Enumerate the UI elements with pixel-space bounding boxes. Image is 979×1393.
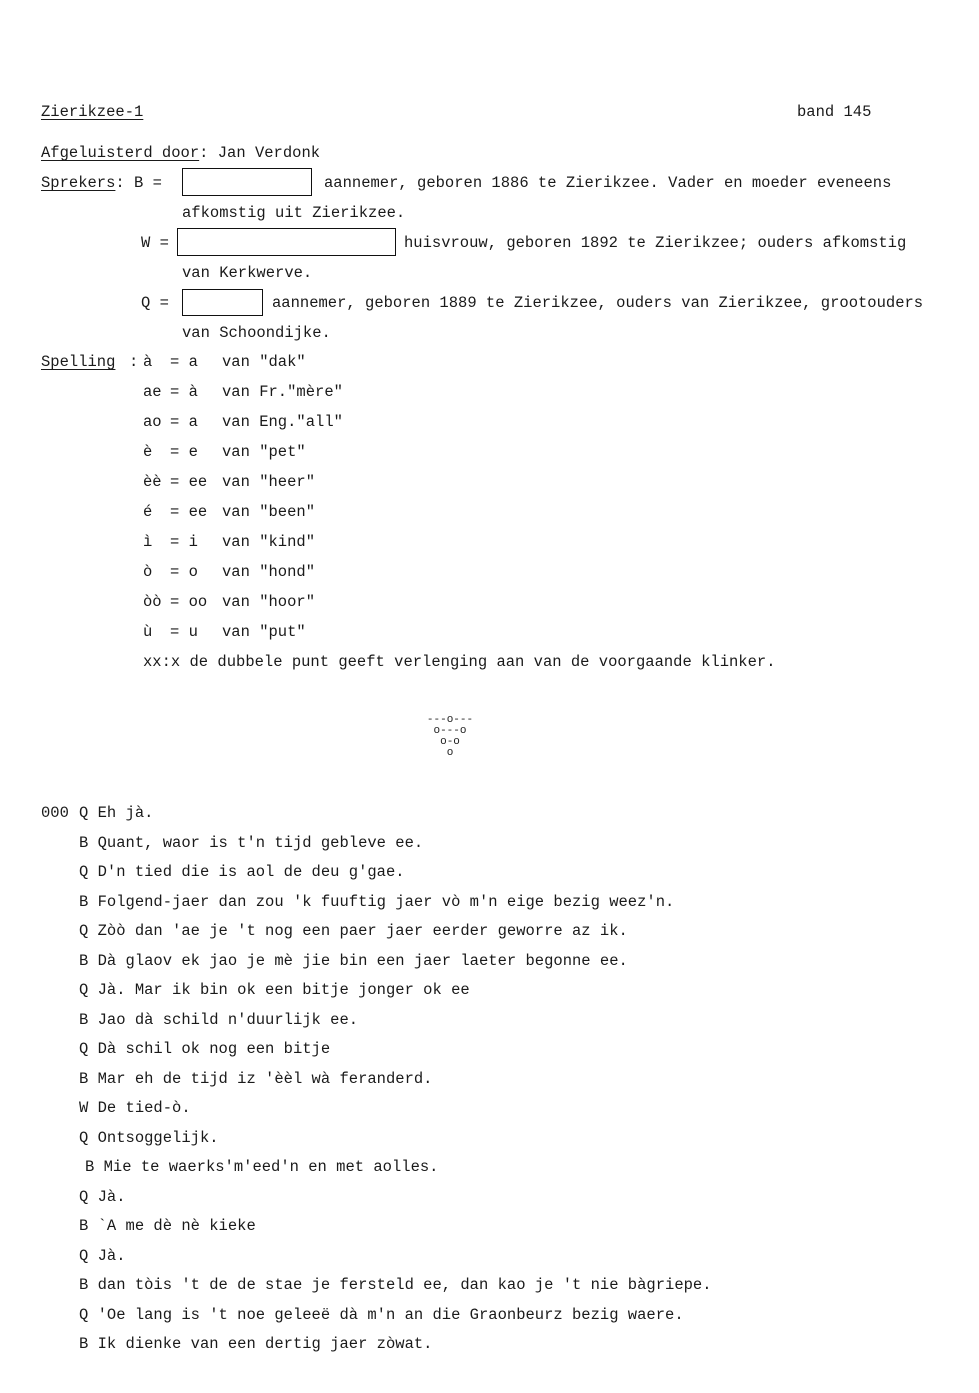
spelling-ex: van "hond" (222, 562, 315, 582)
speaker-q-desc-cont: van Schoondijke. (182, 323, 331, 343)
spelling-eq: = ee (170, 472, 207, 492)
spelling-eq: = ee (170, 502, 207, 522)
spelling-eq: = u (170, 622, 198, 642)
spelling-ex: van "pet" (222, 442, 306, 462)
speaker-code: B (79, 1217, 88, 1235)
transcript-line: B Dà glaov ek jao je mè jie bin een jaer… (79, 951, 628, 971)
transcript-line: B Mie te waerks'm'eed'n en met aolles. (85, 1157, 438, 1177)
spelling-sym: ae (143, 382, 162, 402)
speaker-code: Q (79, 922, 88, 940)
speaker-code: Q (79, 804, 88, 822)
speaker-code: W (79, 1099, 88, 1117)
spelling-ex: van "hoor" (222, 592, 315, 612)
speaker-code: Q (79, 863, 88, 881)
spelling-ex: van Eng."all" (222, 412, 343, 432)
spelling-eq: = oo (170, 592, 207, 612)
transcript-line: B Ik dienke van een dertig jaer zòwat. (79, 1334, 432, 1354)
redacted-name-box-b (182, 168, 312, 196)
transcript-line: Q 'Oe lang is 't noe geleeë dà m'n an di… (79, 1305, 684, 1325)
utterance-text: Mie te waerks'm'eed'n en met aolles. (104, 1158, 439, 1176)
utterance-text: `A me dè nè kieke (98, 1217, 256, 1235)
spelling-ex: van "dak" (222, 352, 306, 372)
utterance-text: De tied-ò. (98, 1099, 191, 1117)
utterance-text: Ontsoggelijk. (98, 1129, 219, 1147)
speaker-code: Q (79, 1188, 88, 1206)
utterance-text: Jao dà schild n'duurlijk ee. (98, 1011, 358, 1029)
tape-counter: 000 (41, 803, 69, 823)
speaker-code-b: B = (134, 174, 162, 192)
utterance-text: Jà. (98, 1247, 126, 1265)
spelling-sym: èè (143, 472, 162, 492)
utterance-text: 'Oe lang is 't noe geleeë dà m'n an die … (98, 1306, 684, 1324)
spelling-note: xx:x de dubbele punt geeft verlenging aa… (143, 652, 776, 672)
utterance-text: D'n tied die is aol de deu g'gae. (98, 863, 405, 881)
spelling-label: Spelling (41, 352, 115, 372)
section-divider-ornament: ---o--- o---o o-o o (420, 715, 480, 765)
speaker-code: B (85, 1158, 94, 1176)
utterance-text: Dà schil ok nog een bitje (98, 1040, 331, 1058)
speaker-code-w: W = (141, 233, 169, 253)
speakers-label: Sprekers (41, 174, 115, 192)
speaker-code: Q (79, 1129, 88, 1147)
redacted-name-box-w (177, 228, 396, 256)
spelling-ex: van "put" (222, 622, 306, 642)
speaker-code: B (79, 1011, 88, 1029)
redacted-name-box-q (182, 289, 263, 316)
transcript-line: W De tied-ò. (79, 1098, 191, 1118)
utterance-text: dan tòis 't de de stae je fersteld ee, d… (98, 1276, 712, 1294)
tape-number: band 145 (797, 102, 871, 122)
speaker-code: B (79, 952, 88, 970)
speakers-label-line: Sprekers: B = (41, 173, 162, 193)
spelling-eq: = e (170, 442, 198, 462)
speaker-code: B (79, 1070, 88, 1088)
utterance-text: Eh jà. (98, 804, 154, 822)
utterance-text: Quant, waor is t'n tijd gebleve ee. (98, 834, 424, 852)
transcript-line: B Folgend-jaer dan zou 'k fuuftig jaer v… (79, 892, 674, 912)
spelling-eq: = o (170, 562, 198, 582)
speaker-b-desc-cont: afkomstig uit Zierikzee. (182, 203, 405, 223)
spelling-sym: à (143, 352, 152, 372)
speaker-q-desc: aannemer, geboren 1889 te Zierikzee, oud… (272, 293, 923, 313)
spelling-sym: òò (143, 592, 162, 612)
spelling-sym: ò (143, 562, 152, 582)
spelling-eq: = a (170, 352, 198, 372)
utterance-text: Zòò dan 'ae je 't nog een paer jaer eerd… (98, 922, 628, 940)
transcript-line: B dan tòis 't de de stae je fersteld ee,… (79, 1275, 712, 1295)
spelling-sym: é (143, 502, 152, 522)
spelling-ex: van "been" (222, 502, 315, 522)
listener-line: Afgeluisterd door: Jan Verdonk (41, 143, 320, 163)
speaker-code: B (79, 1335, 88, 1353)
transcript-line: B Mar eh de tijd iz 'èèl wà feranderd. (79, 1069, 432, 1089)
transcript-line: Q Jà. (79, 1246, 126, 1266)
transcript-line: B Quant, waor is t'n tijd gebleve ee. (79, 833, 423, 853)
transcript-line: Q Jà. (79, 1187, 126, 1207)
speaker-code: B (79, 834, 88, 852)
speaker-w-desc-cont: van Kerkwerve. (182, 263, 312, 283)
speaker-code: B (79, 893, 88, 911)
transcript-line: Q Jà. Mar ik bin ok een bitje jonger ok … (79, 980, 470, 1000)
speaker-code: B (79, 1276, 88, 1294)
transcript-line: Q Ontsoggelijk. (79, 1128, 219, 1148)
speaker-code: Q (79, 1040, 88, 1058)
spelling-ex: van "heer" (222, 472, 315, 492)
spelling-ex: van "kind" (222, 532, 315, 552)
spelling-sym: ao (143, 412, 162, 432)
spelling-sym: ì (143, 532, 152, 552)
transcript-line: Q Zòò dan 'ae je 't nog een paer jaer ee… (79, 921, 628, 941)
document-title: Zierikzee-1 (41, 102, 143, 122)
listener-label: Afgeluisterd door (41, 144, 199, 162)
utterance-text: Jà. Mar ik bin ok een bitje jonger ok ee (98, 981, 470, 999)
utterance-text: Mar eh de tijd iz 'èèl wà feranderd. (98, 1070, 433, 1088)
speaker-b-desc: aannemer, geboren 1886 te Zierikzee. Vad… (324, 173, 891, 193)
utterance-text: Dà glaov ek jao je mè jie bin een jaer l… (98, 952, 628, 970)
spelling-ex: van Fr."mère" (222, 382, 343, 402)
spelling-eq: = a (170, 412, 198, 432)
spelling-eq: = à (170, 382, 198, 402)
transcript-line: Q Dà schil ok nog een bitje (79, 1039, 330, 1059)
transcript-line: B Jao dà schild n'duurlijk ee. (79, 1010, 358, 1030)
transcript-line: B `A me dè nè kieke (79, 1216, 256, 1236)
transcript-line: Q D'n tied die is aol de deu g'gae. (79, 862, 405, 882)
spelling-sym: è (143, 442, 152, 462)
speaker-w-desc: huisvrouw, geboren 1892 te Zierikzee; ou… (404, 233, 906, 253)
utterance-text: Folgend-jaer dan zou 'k fuuftig jaer vò … (98, 893, 675, 911)
speaker-code: Q (79, 981, 88, 999)
speaker-code: Q (79, 1306, 88, 1324)
spelling-eq: = i (170, 532, 198, 552)
speaker-code: Q (79, 1247, 88, 1265)
speaker-code-q: Q = (141, 293, 169, 313)
utterance-text: Ik dienke van een dertig jaer zòwat. (98, 1335, 433, 1353)
listener-name: Jan Verdonk (218, 144, 320, 162)
spelling-sym: ù (143, 622, 152, 642)
transcript-line: Q Eh jà. (79, 803, 153, 823)
utterance-text: Jà. (98, 1188, 126, 1206)
